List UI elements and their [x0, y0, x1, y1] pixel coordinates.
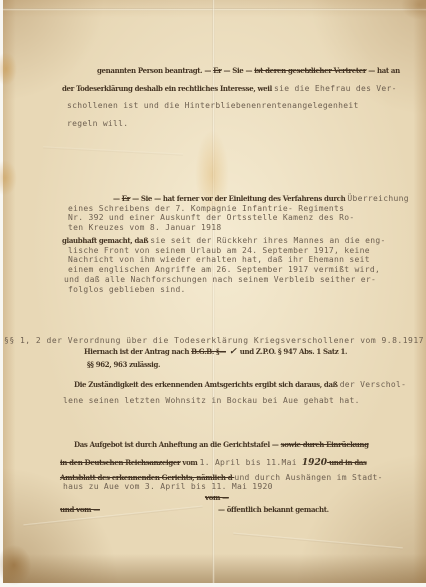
text-segment: Überreichung — [347, 194, 408, 203]
text-line: genannten Person beantragt. — Er — Sie —… — [97, 60, 400, 76]
text-line: — öffentlich bekannt gemacht. — [218, 499, 329, 515]
text-segment: in den Deutschen Reichsanzeiger — [60, 458, 180, 467]
text-segment: und vom — — [60, 505, 100, 514]
text-segment: genannten Person beantragt. — — [97, 66, 213, 75]
text-segment: lene seinen letzten Wohnsitz in Bockau b… — [63, 396, 360, 405]
text-segment: Das Aufgebot ist durch Anheftung an die … — [74, 440, 281, 449]
text-segment: — Sie — — [221, 66, 254, 75]
text-segment: und in das — [327, 458, 367, 467]
text-segment: sie die Ehefrau des Ver- — [274, 84, 397, 93]
text-line: schollenen ist und die Hinterbliebenenre… — [67, 95, 359, 111]
text-segment: B.G.B. §— — [191, 347, 226, 356]
text-segment: Die Zuständigkeit des erkennenden Amtsge… — [74, 380, 340, 389]
text-segment: sowie durch Einrückung — [281, 440, 369, 449]
text-segment: folglos geblieben sind. — [68, 285, 186, 294]
text-segment: der Todeserklärung deshalb ein rechtlich… — [62, 84, 274, 93]
text-segment: der Verschol- — [340, 380, 407, 389]
text-line: haus zu Aue vom 3. April bis 11. Mai 192… — [63, 476, 273, 492]
text-line: regeln will. — [67, 113, 128, 129]
text-line: Die Zuständigkeit des erkennenden Amtsge… — [74, 374, 406, 390]
text-line: folglos geblieben sind. — [68, 279, 186, 295]
handwritten-mark: ✓ — [226, 347, 240, 357]
text-line: und vom — — [60, 499, 100, 515]
text-segment: regeln will. — [67, 119, 128, 128]
text-line: Das Aufgebot ist durch Anheftung an die … — [74, 434, 369, 450]
text-line: §§ 962, 963 zulässig. — [87, 354, 160, 370]
scanned-document-screenshot: { "colors":{ "paper":"#e8d8b6", "ink_pri… — [0, 0, 426, 587]
text-segment: §§ 962, 963 zulässig. — [87, 360, 160, 369]
text-segment: — öffentlich bekannt gemacht. — [218, 505, 329, 514]
text-line: in den Deutschen Reichsanzeiger vom 1. A… — [60, 452, 367, 468]
text-segment: 1. April bis 11.Mai — [200, 458, 302, 467]
text-segment: schollenen ist und die Hinterbliebenenre… — [67, 101, 359, 110]
text-segment: ist deren gesetzlicher Vertreter — [254, 66, 366, 75]
document-page: genannten Person beantragt. — Er — Sie —… — [0, 0, 426, 587]
text-segment: haus zu Aue vom 3. April bis 11. Mai 192… — [63, 482, 273, 491]
text-line: der Todeserklärung deshalb ein rechtlich… — [62, 78, 397, 94]
text-segment: — hat an — [366, 66, 400, 75]
text-segment: und Z.P.O. § 947 Abs. 1 Satz 1. — [240, 347, 347, 356]
text-line: lene seinen letzten Wohnsitz in Bockau b… — [63, 390, 360, 406]
text-segment: vom — [180, 458, 199, 467]
